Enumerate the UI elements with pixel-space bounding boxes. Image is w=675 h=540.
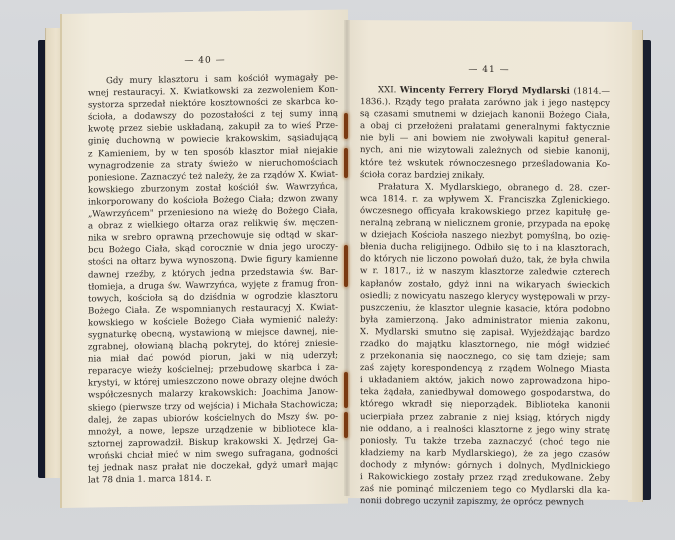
page-number-left: — 40 — xyxy=(62,53,348,67)
chapter-dates: (1814.— xyxy=(573,87,610,97)
binding-stain xyxy=(344,148,348,178)
left-page-text: Gdy mury klasztoru i sam kościół wymagał… xyxy=(88,72,338,487)
binding-stain xyxy=(344,372,348,408)
right-page-text: XXI. Wincenty Ferrery Floryd Mydlarski (… xyxy=(360,84,610,509)
chapter-number: XXI. xyxy=(378,85,396,95)
text-line: nonii dobrego uczynił zapiszmy, że opróc… xyxy=(360,495,610,509)
left-page: — 40 — Gdy mury klasztoru i sam kościół … xyxy=(60,9,348,508)
binding-stain xyxy=(344,412,348,438)
binding-stain xyxy=(344,113,348,139)
text-line: lat 78 dnia 1. marca 1814. r. xyxy=(88,471,338,487)
binding-stain xyxy=(344,245,348,287)
text-line: w r. 1817., iż w naszym klasztorze zaled… xyxy=(360,266,610,280)
right-page: — 41 — XXI. Wincenty Ferrery Floryd Mydl… xyxy=(346,20,632,500)
chapter-title: Wincenty Ferrery Floryd Mydlarski xyxy=(400,85,570,96)
text-line: nych, ani nie wizytowali zależnych od si… xyxy=(360,145,610,159)
text-line: którego wkradł się nieporządek. Bibliote… xyxy=(360,399,610,413)
page-number-right: — 41 — xyxy=(346,64,632,76)
